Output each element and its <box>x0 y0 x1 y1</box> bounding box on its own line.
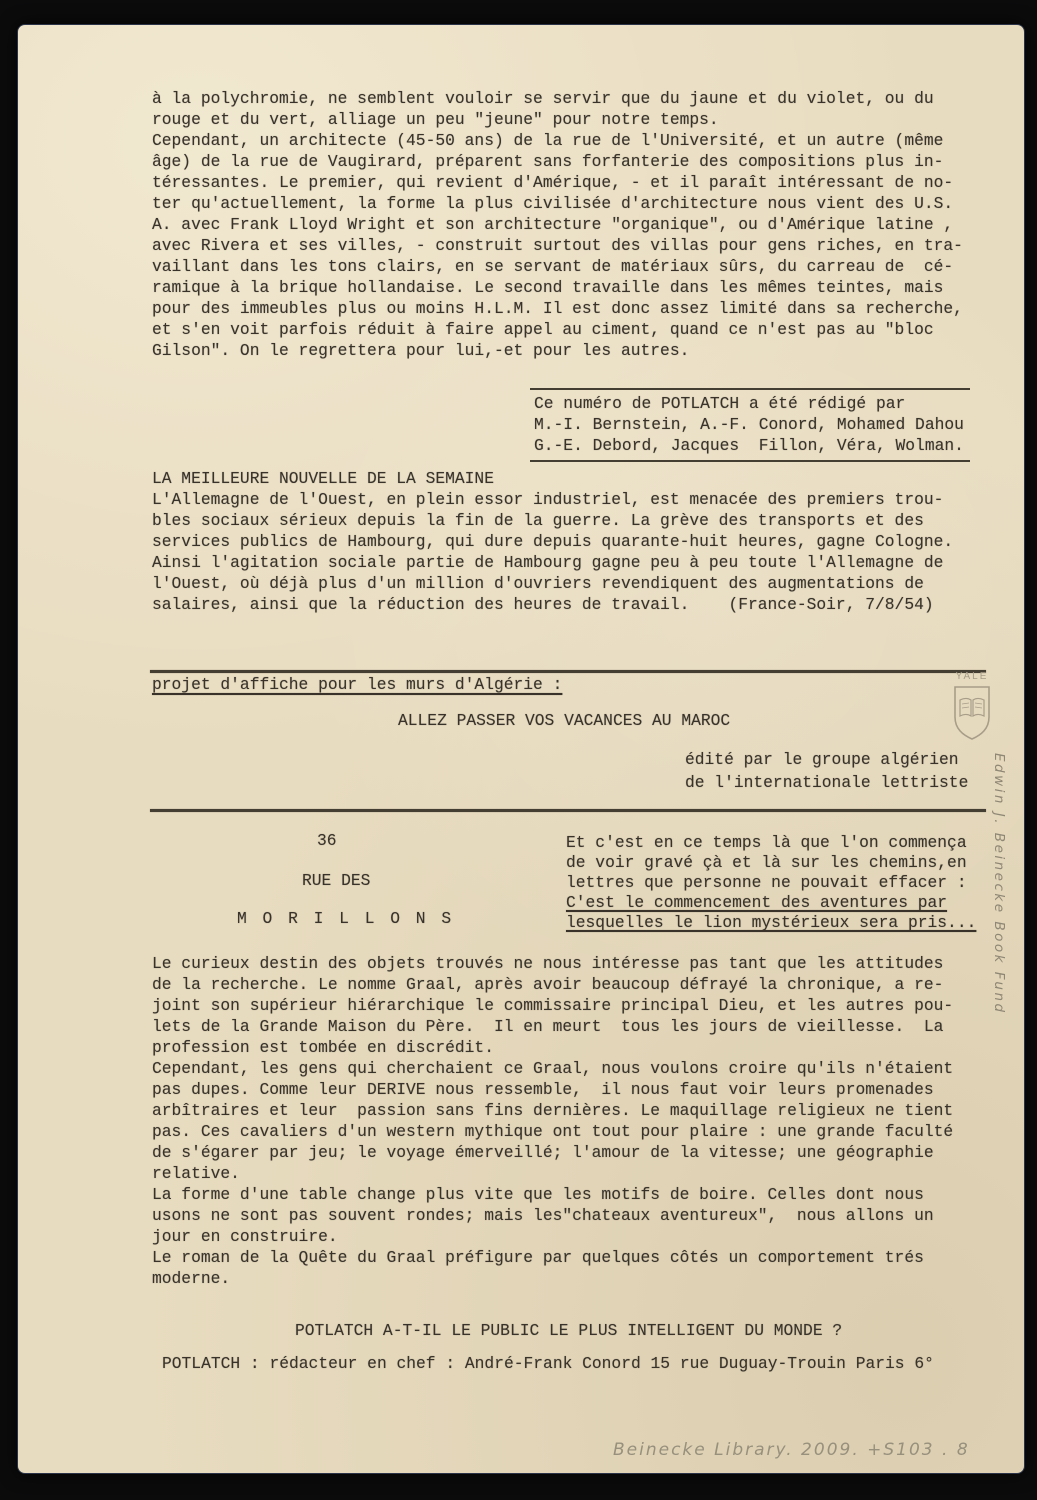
affiche-byline: édité par le groupe algérien de l'intern… <box>685 748 968 794</box>
news-section: LA MEILLEURE NOUVELLE DE LA SEMAINE L'Al… <box>152 468 953 615</box>
footer-question: POTLATCH A-T-IL LE PUBLIC LE PLUS INTELL… <box>295 1320 842 1341</box>
morillons-name: M O R I L L O N S <box>237 908 454 929</box>
document-page: à la polychromie, ne semblent vouloir se… <box>18 25 1024 1473</box>
section-divider-top <box>150 670 986 673</box>
paragraph-graal: Le curieux destin des objets trouvés ne … <box>152 953 953 1289</box>
news-heading: LA MEILLEURE NOUVELLE DE LA SEMAINE <box>152 469 494 488</box>
affiche-title: ALLEZ PASSER VOS VACANCES AU MAROC <box>398 710 730 731</box>
morillons-street: RUE DES <box>302 870 370 891</box>
yale-shield-icon <box>952 685 992 741</box>
quote-plain: Et c'est en ce temps là que l'on commenç… <box>566 833 967 892</box>
editorial-credits-text: Ce numéro de POTLATCH a été rédigé par M… <box>534 393 970 456</box>
section-divider-middle <box>150 809 986 812</box>
editorial-credits-box: Ce numéro de POTLATCH a été rédigé par M… <box>530 388 970 462</box>
paragraph-architecture: à la polychromie, ne semblent vouloir se… <box>152 88 963 361</box>
news-body: L'Allemagne de l'Ouest, en plein essor i… <box>152 490 953 614</box>
quote-block: Et c'est en ce temps là que l'on commenç… <box>566 833 976 933</box>
yale-stamp-text: YALE <box>949 671 995 683</box>
affiche-intro: projet d'affiche pour les murs d'Algérie… <box>152 674 562 695</box>
yale-stamp: YALE <box>949 671 995 741</box>
morillons-number: 36 <box>317 830 337 851</box>
quote-underlined: C'est le commencement des aventures par … <box>566 893 976 932</box>
book-fund-note: Edwin J. Beinecke Book Fund <box>991 753 1007 1083</box>
catalog-note: Beinecke Library. 2009. +S103 . 8 <box>613 1440 970 1460</box>
footer-editor: POTLATCH : rédacteur en chef : André-Fra… <box>162 1353 934 1374</box>
